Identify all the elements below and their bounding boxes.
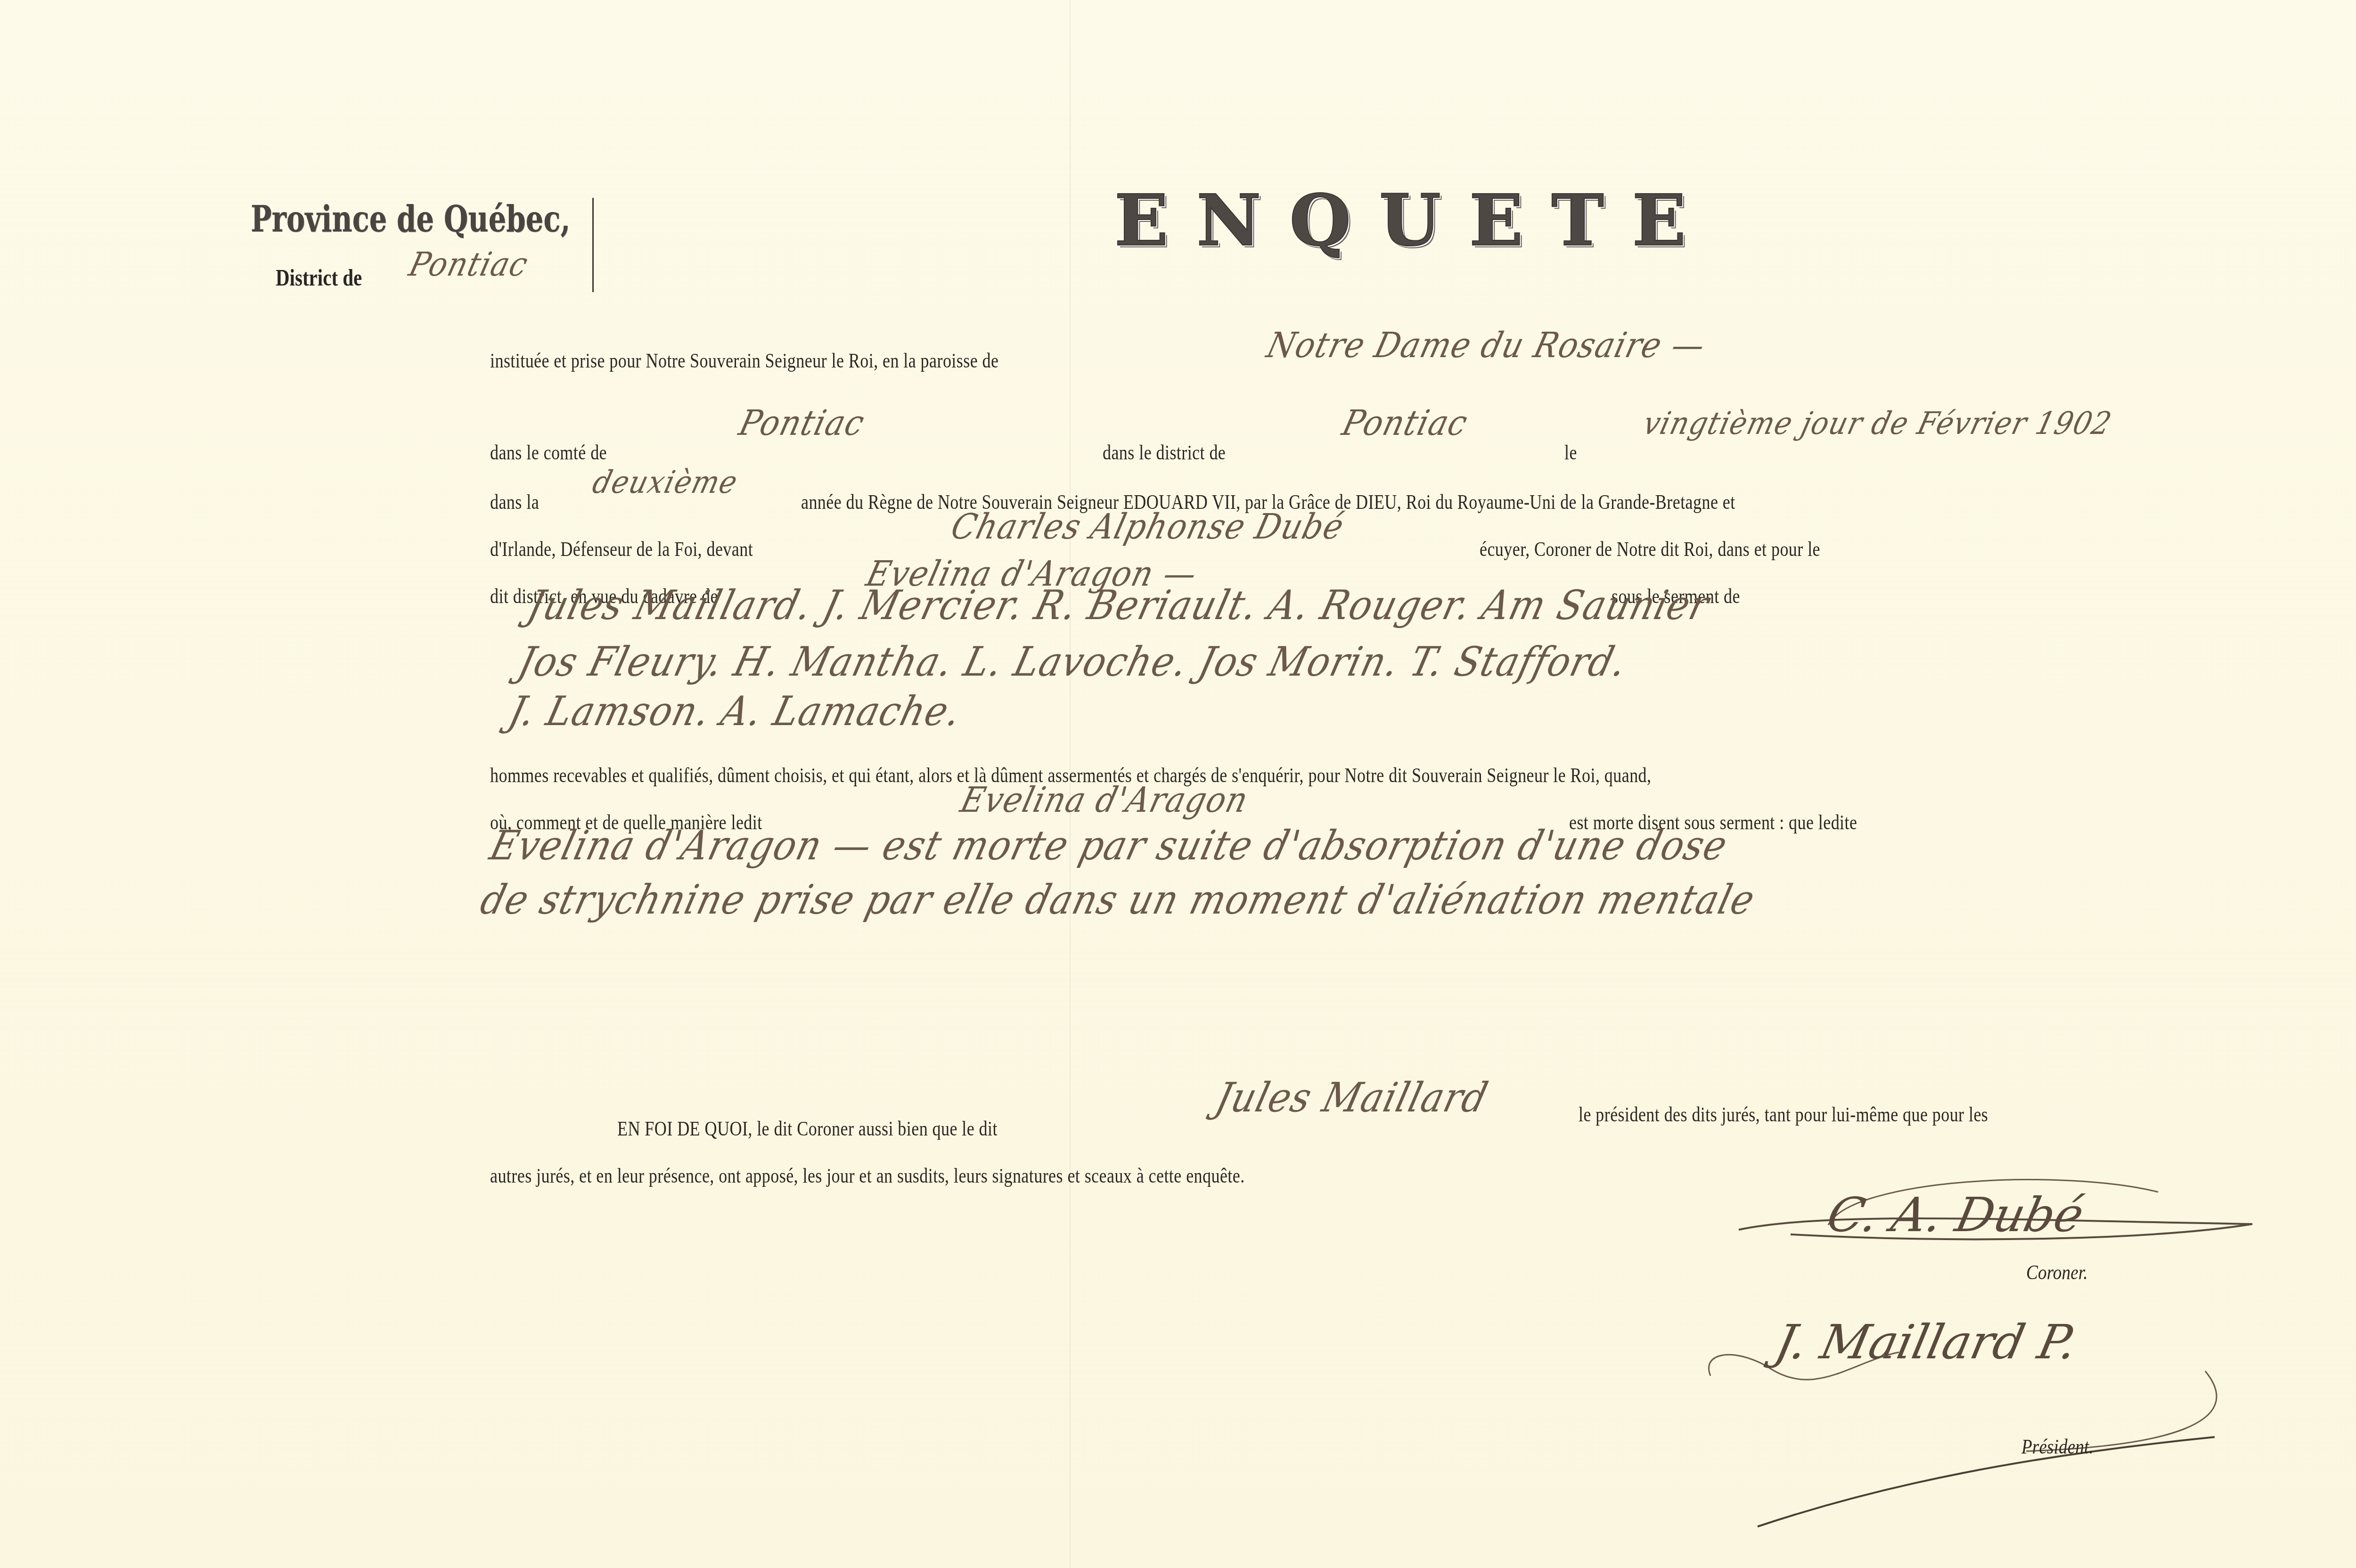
president-name-handwritten: Jules Maillard [1211,1074,1493,1121]
reign-year-handwritten: deuxième [589,464,742,500]
date-handwritten: vingtième jour de Février 1902 [1640,405,2116,441]
president-signature: J. Maillard P. [1771,1315,2082,1370]
printed-line-4: d'Irlande, Défenseur de la Foi, devant [490,537,753,561]
printed-line-4-end: écuyer, Coroner de Notre dit Roi, dans e… [1480,537,1820,561]
president-label: Président. [2021,1435,2094,1459]
reign-label: dans la [490,490,539,514]
coroner-signature: C. A. Dubé [1823,1187,2089,1242]
county-label: dans le comté de [490,441,607,465]
district-of-handwritten: Pontiac [1338,403,1472,443]
document-page: Province de Québec, District de Pontiac … [0,0,2356,1568]
county-handwritten: Pontiac [735,403,869,443]
verdict-deceased-handwritten: Evelina d'Aragon [957,780,1252,820]
province-label: Province de Québec, [251,198,570,240]
attestation-printed-line-2: autres jurés, et en leur présence, ont a… [490,1164,1245,1188]
finding-line-1: Evelina d'Aragon — est morte par suite d… [485,822,1733,869]
district-label: District de [276,264,362,291]
district-of-label: dans le district de [1103,441,1226,465]
header-brace [592,198,596,292]
president-signature-flourish [1696,1267,2262,1531]
finding-line-2: de strychnine prise par elle dans un mom… [476,876,1760,923]
date-label: le [1564,441,1577,465]
jurors-line-3: J. Lamson. A. Lamache. [504,688,966,735]
document-title: ENQUETE [1114,179,1714,262]
district-value-handwritten: Pontiac [405,245,532,284]
attestation-printed-line-1-end: le président des dits jurés, tant pour l… [1579,1102,1988,1127]
jurors-line-2: Jos Fleury. H. Mantha. L. Lavoche. Jos M… [514,638,1632,686]
parish-handwritten: Notre Dame du Rosaire — [1263,325,1710,366]
jurors-line-1: Jules Maillard. J. Mercier. R. Beriault.… [523,582,1714,629]
attestation-printed-line-1: EN FOI DE QUOI, le dit Coroner aussi bie… [617,1117,998,1141]
coroner-name-handwritten: Charles Alphonse Dubé [947,506,1349,547]
printed-line-1: instituée et prise pour Notre Souverain … [490,349,998,373]
